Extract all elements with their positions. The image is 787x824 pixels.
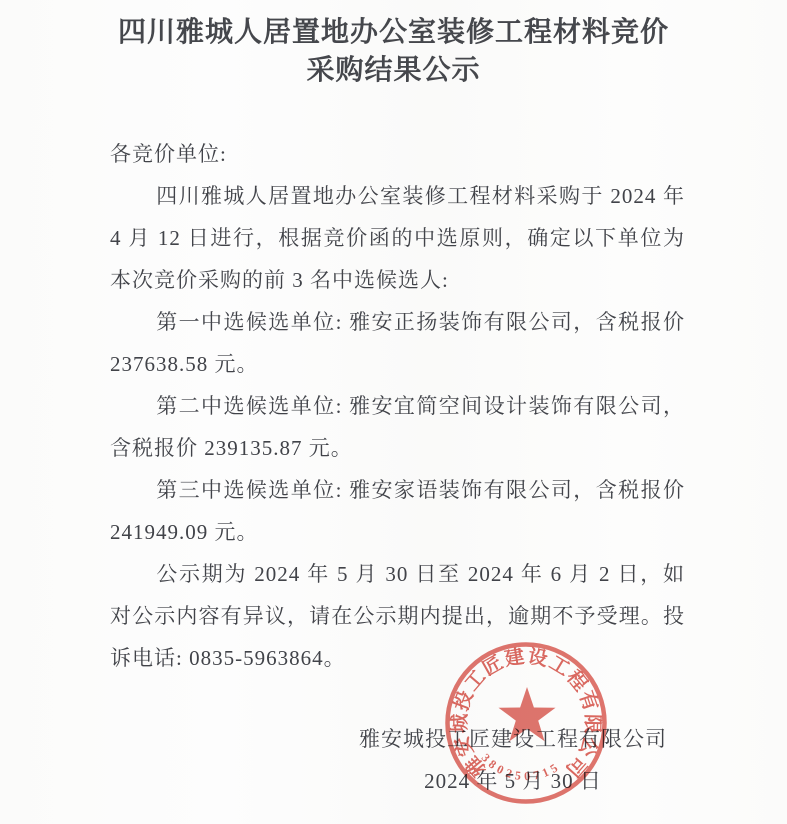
scanned-document-page: { "page": { "background": "#fbfbfa", "te… bbox=[0, 0, 787, 824]
paragraph-third-candidate: 第三中选候选单位: 雅安家语装饰有限公司，含税报价 241949.09 元。 bbox=[110, 469, 685, 553]
document-title-line2: 采购结果公示 bbox=[0, 52, 787, 90]
salutation: 各竞价单位: bbox=[110, 133, 685, 175]
paragraph-notice: 公示期为 2024 年 5 月 30 日至 2024 年 6 月 2 日，如对公… bbox=[110, 553, 685, 679]
paragraph-first-candidate: 第一中选候选单位: 雅安正扬装饰有限公司，含税报价 237638.58 元。 bbox=[110, 301, 685, 385]
signature-company: 雅安城投工匠建设工程有限公司 bbox=[359, 718, 667, 760]
signature-block: 雅安城投工匠建设工程有限公司 2024 年 5 月 30 日 bbox=[359, 718, 667, 802]
paragraph-second-candidate: 第二中选候选单位: 雅安宜简空间设计装饰有限公司，含税报价 239135.87 … bbox=[110, 385, 685, 469]
document-body: 各竞价单位: 四川雅城人居置地办公室装修工程材料采购于 2024 年 4 月 1… bbox=[110, 133, 685, 679]
document-title-line1: 四川雅城人居置地办公室装修工程材料竞价 bbox=[0, 14, 787, 52]
signature-date: 2024 年 5 月 30 日 bbox=[359, 760, 667, 802]
paragraph-intro: 四川雅城人居置地办公室装修工程材料采购于 2024 年 4 月 12 日进行，根… bbox=[110, 175, 685, 301]
document-title: 四川雅城人居置地办公室装修工程材料竞价 采购结果公示 bbox=[0, 14, 787, 90]
